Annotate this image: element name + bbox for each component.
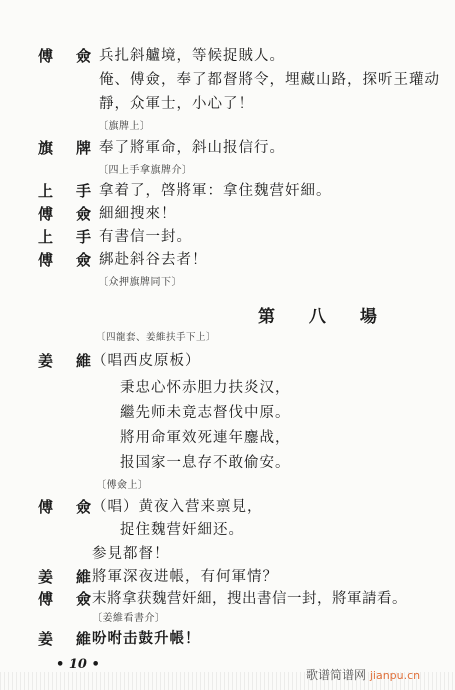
speaker-char: 手: [76, 228, 91, 246]
speaker-label: 上手: [38, 182, 53, 200]
dialogue-line: （唱西皮原板）: [92, 352, 201, 370]
dialogue-line: 参見都督！: [92, 545, 170, 563]
watermark-cn: 歌谱简谱网: [306, 668, 366, 682]
dialogue-line: 細細搜來！: [99, 205, 177, 223]
speaker-char: 僉: [76, 498, 91, 516]
aria-line: 秉忠心怀赤胆力扶炎汉，: [120, 379, 291, 397]
dialogue-line: 奉了將軍命，斜山报信行。: [99, 139, 285, 157]
stage-direction: 〔四上手拿旗牌介〕: [98, 165, 193, 177]
speaker-char: 手: [76, 182, 91, 200]
speaker-label: 傅僉: [38, 498, 53, 516]
aria-line: 繼先师未竟志督伐中原。: [120, 404, 291, 422]
speaker-label: 傅僉: [38, 590, 53, 608]
speaker-char: 姜: [38, 352, 53, 370]
speaker-label: 旗牌: [38, 139, 53, 157]
speaker-char: 維: [76, 352, 91, 370]
speaker-char: 傅: [38, 498, 53, 516]
speaker-char: 傅: [38, 47, 53, 65]
aria-line: 將用命軍效死連年鏖战，: [120, 429, 291, 447]
speaker-char: 姜: [38, 630, 53, 648]
speaker-char: 維: [76, 630, 91, 648]
speaker-char: 姜: [38, 568, 53, 586]
speaker-label: 上手: [38, 228, 53, 246]
speaker-label: 姜維: [38, 630, 53, 648]
speaker-char: 傅: [38, 205, 53, 223]
speaker-char: 牌: [76, 139, 91, 157]
scene-title: 第 八 場: [258, 302, 391, 327]
stage-direction: 〔众押旗牌同下〕: [98, 277, 182, 289]
dialogue-line: 綁赴斜谷去者！: [99, 251, 208, 269]
watermark: 歌谱简谱网 jianpu.cn: [306, 666, 420, 683]
dialogue-line: 兵扎斜艫境，等候捉賊人。: [99, 47, 285, 65]
speaker-char: 傅: [38, 590, 53, 608]
speaker-label: 姜維: [38, 568, 53, 586]
dialogue-line: 俺、傅僉，奉了都督將令，埋藏山路，探听王瓘动: [99, 71, 440, 89]
aria-line: 报国家一息存不敢偷安。: [120, 454, 291, 472]
dialogue-line: 將軍深夜进帳，有何軍情？: [92, 568, 278, 586]
speaker-label: 傅僉: [38, 205, 53, 223]
speaker-label: 傅僉: [38, 251, 53, 269]
speaker-char: 上: [38, 228, 53, 246]
dialogue-line: 末將拿获魏营奸細，搜出書信一封，將軍請看。: [92, 590, 407, 608]
stage-direction: 〔四龍套、姜維扶手下上〕: [96, 332, 216, 344]
dialogue-line: （唱）黄夜入营来禀見，: [92, 498, 263, 516]
dialogue-line: 靜，众軍士，小心了！: [99, 95, 254, 113]
speaker-char: 僉: [76, 47, 91, 65]
page-number: • 10 •: [56, 657, 100, 672]
speaker-char: 維: [76, 568, 91, 586]
dialogue-line: 捉住魏营奸細还。: [120, 521, 244, 539]
speaker-label: 傅僉: [38, 47, 53, 65]
speaker-label: 姜維: [38, 352, 53, 370]
dialogue-line: 拿着了，啓將軍：拿住魏营奸細。: [99, 182, 332, 200]
stage-direction: 〔旗牌上〕: [98, 121, 151, 133]
speaker-char: 僉: [76, 590, 91, 608]
script-page: 傅僉 兵扎斜艫境，等候捉賊人。 俺、傅僉，奉了都督將令，埋藏山路，探听王瓘动 靜…: [0, 0, 455, 690]
speaker-char: 傅: [38, 251, 53, 269]
speaker-char: 僉: [76, 251, 91, 269]
stage-direction: 〔姜維看書介〕: [92, 613, 166, 625]
speaker-char: 上: [38, 182, 53, 200]
speaker-char: 旗: [38, 139, 53, 157]
dialogue-line: 吩咐击鼓升帳！: [92, 630, 201, 648]
speaker-char: 僉: [76, 205, 91, 223]
dialogue-line: 有書信一封。: [99, 228, 192, 246]
watermark-en: jianpu.cn: [370, 669, 420, 682]
stage-direction: 〔傅僉上〕: [96, 480, 149, 492]
